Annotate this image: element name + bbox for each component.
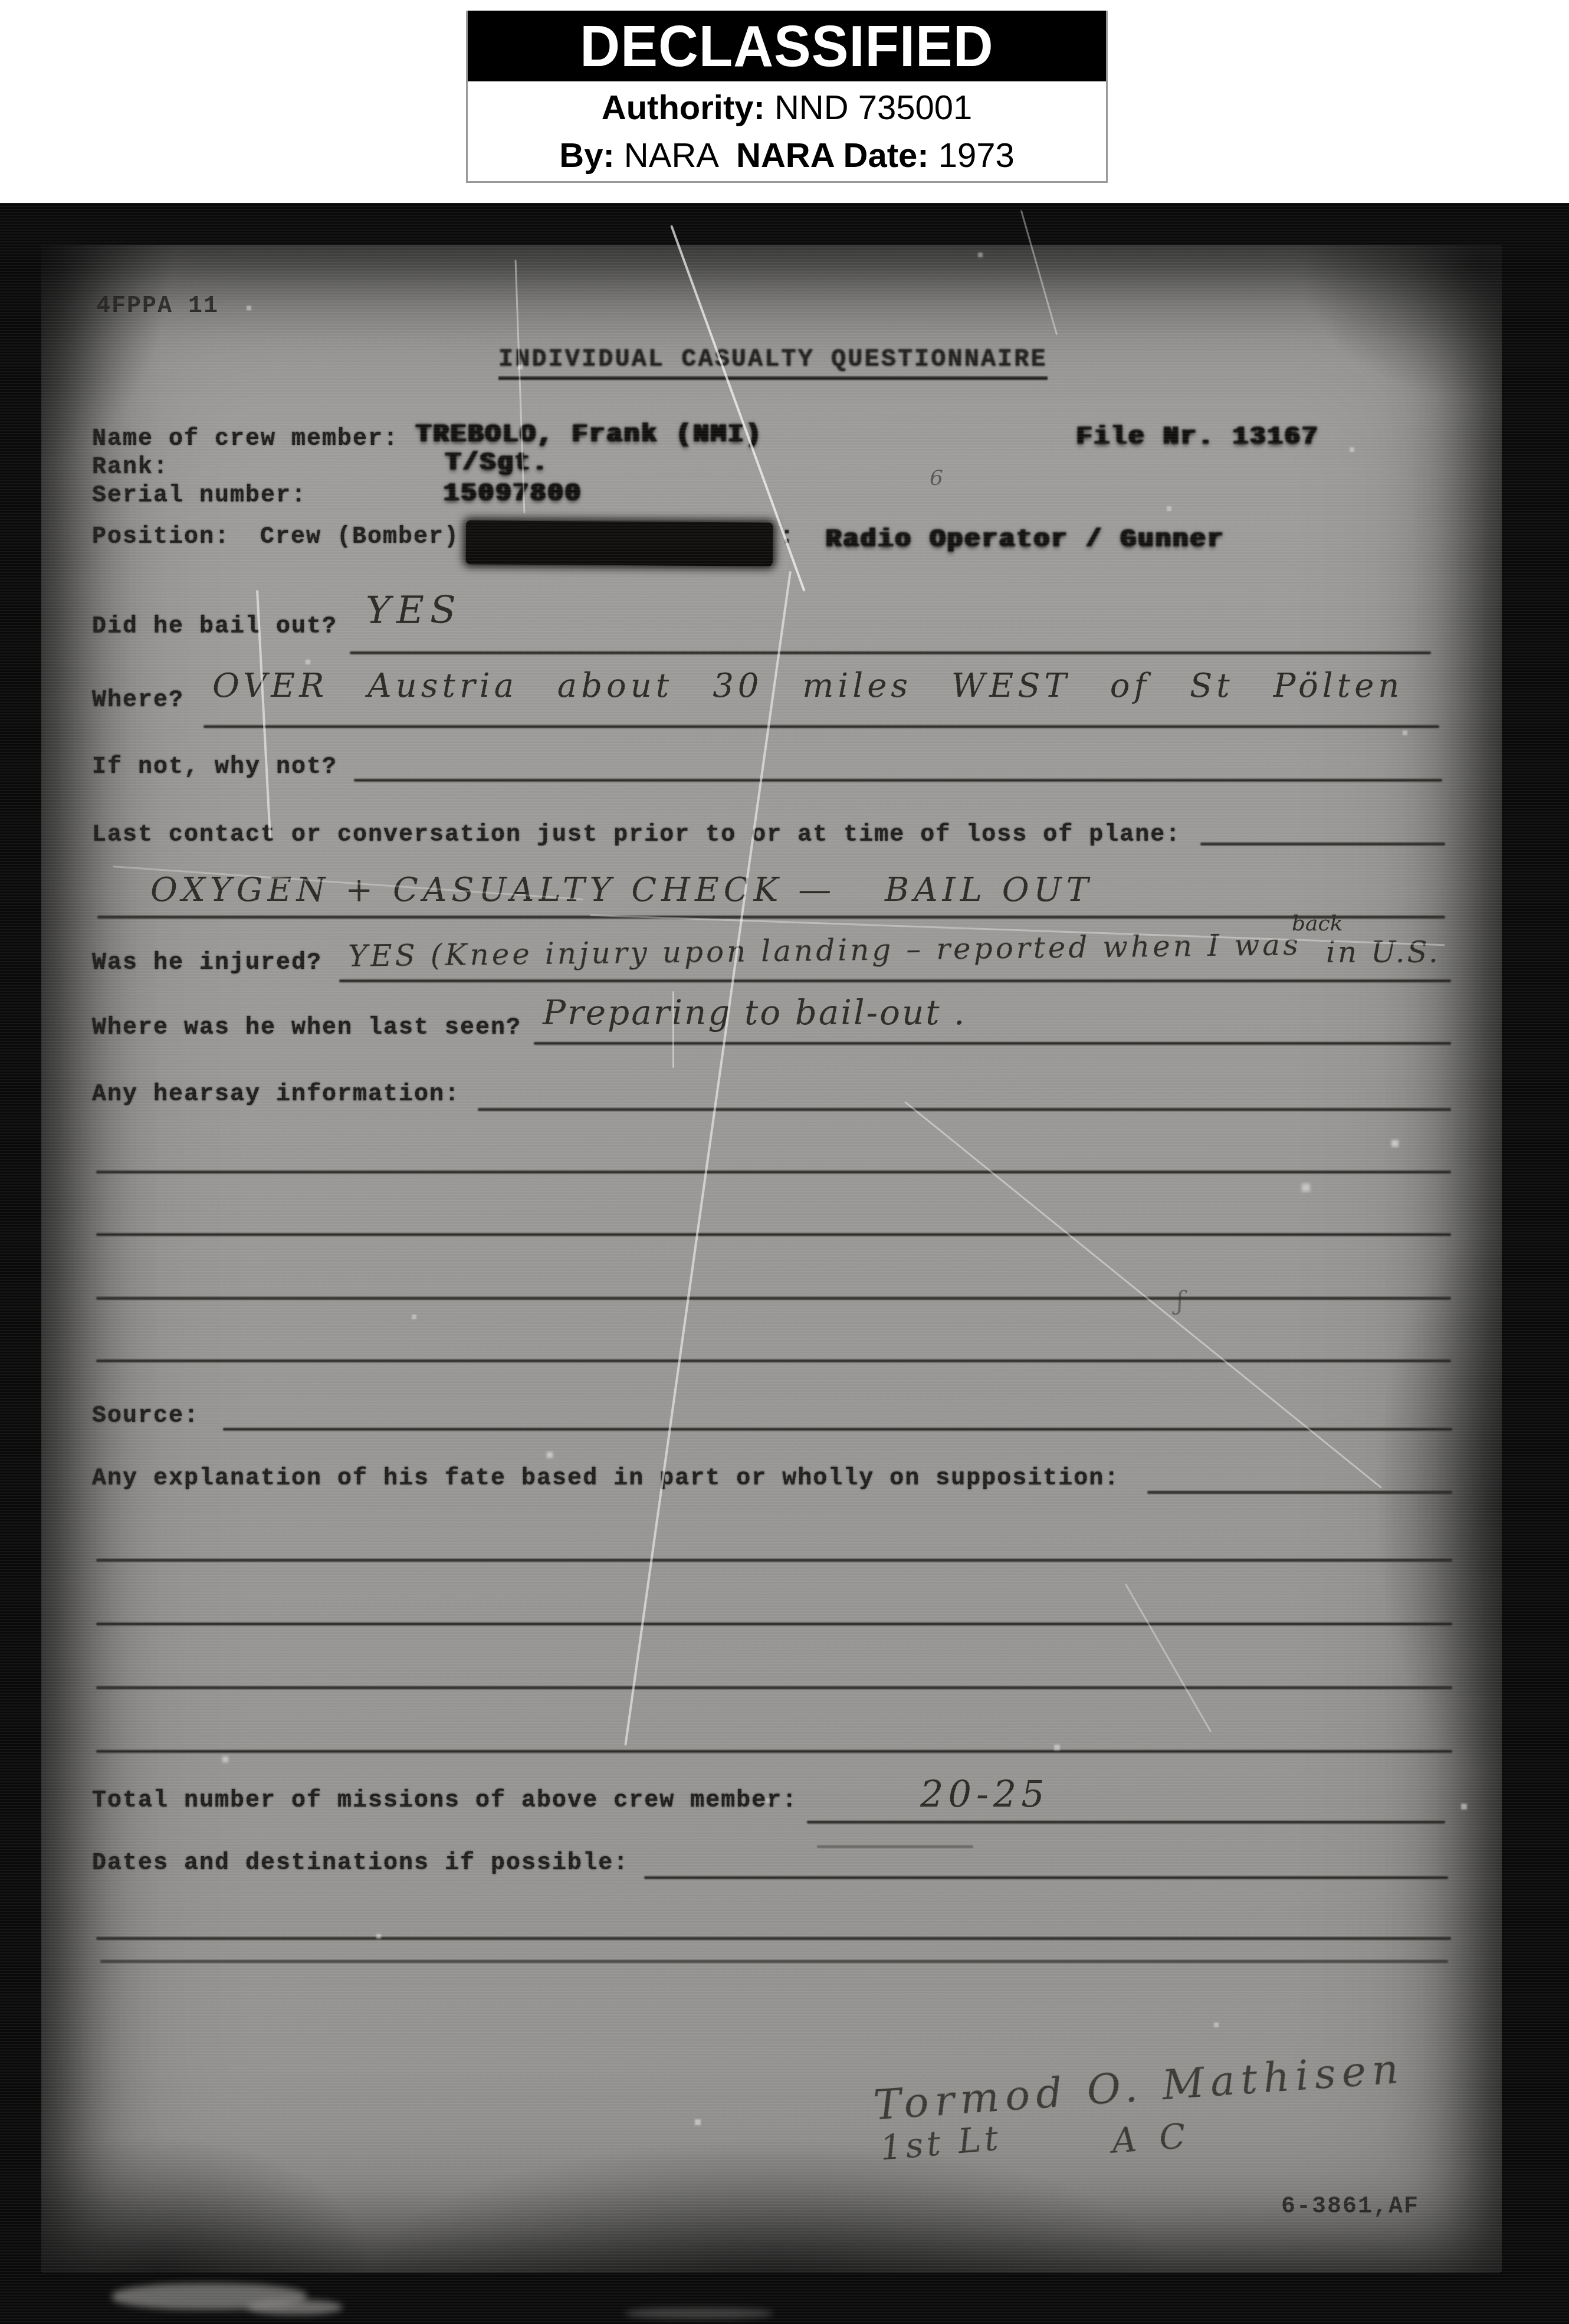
redaction-strike	[466, 520, 773, 566]
nara-date-label: NARA Date:	[736, 136, 929, 175]
by-value: NARA	[624, 136, 717, 175]
signature-branch: A C	[1111, 2115, 1193, 2161]
lastseen-label: Where was he when last seen?	[92, 1015, 521, 1041]
doc-number: 4FPPA 11	[96, 293, 219, 320]
by-date-line: By: NARA NARA Date: 1973	[468, 136, 1106, 175]
scan-edge-blob	[625, 2308, 773, 2319]
rank-label: Rank:	[92, 454, 169, 481]
authority-line: Authority: NND 735001	[468, 88, 1106, 127]
where-answer: OVER Austria about 30 miles WEST of St P…	[212, 667, 1403, 705]
injured-label: Was he injured?	[92, 950, 322, 976]
rank-value: T/Sgt.	[445, 448, 549, 478]
bailout-answer: YES	[366, 589, 462, 632]
page-title: INDIVIDUAL CASUALTY QUESTIONNAIRE	[498, 345, 1048, 380]
stray-mark: 6	[930, 466, 943, 490]
where-label: Where?	[92, 687, 184, 714]
scanned-page-background	[0, 203, 1569, 2324]
name-value: TREBOLO, Frank (NMI)	[416, 420, 763, 450]
declassified-stamp: DECLASSIFIED	[468, 11, 1106, 81]
hearsay-label: Any hearsay information:	[92, 1081, 460, 1108]
injured-insert-above: back	[1292, 912, 1342, 936]
explanation-label: Any explanation of his fate based in par…	[92, 1466, 1120, 1492]
dates-label: Dates and destinations if possible:	[92, 1850, 629, 1877]
lastseen-answer: Preparing to bail-out .	[543, 992, 967, 1032]
lastcontact-label: Last contact or conversation just prior …	[92, 822, 1181, 848]
authority-value: NND 735001	[774, 88, 972, 127]
declassified-banner: DECLASSIFIED Authority: NND 735001 By: N…	[466, 11, 1108, 183]
serial-value: 15097800	[444, 479, 582, 509]
source-label: Source:	[92, 1403, 199, 1430]
lastcontact-answer-2: BAIL OUT	[885, 871, 1093, 909]
file-number: File Nr. 13167	[1076, 422, 1319, 452]
stray-mark: ʃ	[1177, 1286, 1183, 1315]
scan-edge-blob	[248, 2300, 342, 2315]
missions-answer: 20-25	[920, 1772, 1049, 1815]
scratch-mark	[672, 991, 674, 1068]
ifnot-label: If not, why not?	[92, 754, 337, 781]
by-label: By:	[559, 136, 614, 175]
bailout-label: Did he bail out?	[92, 614, 337, 640]
form-code: 6-3861,AF	[1281, 2194, 1419, 2220]
serial-label: Serial number:	[92, 483, 307, 509]
position-label: Position:	[92, 524, 230, 550]
authority-label: Authority:	[602, 88, 765, 127]
position-value: Crew (Bomber)	[260, 524, 459, 550]
name-label: Name of crew member:	[92, 426, 399, 453]
dust-specks	[0, 0, 2, 2]
missions-label: Total number of missions of above crew m…	[92, 1788, 797, 1814]
position-answer: Radio Operator / Gunner	[826, 525, 1225, 555]
nara-date-value: 1973	[938, 136, 1015, 175]
